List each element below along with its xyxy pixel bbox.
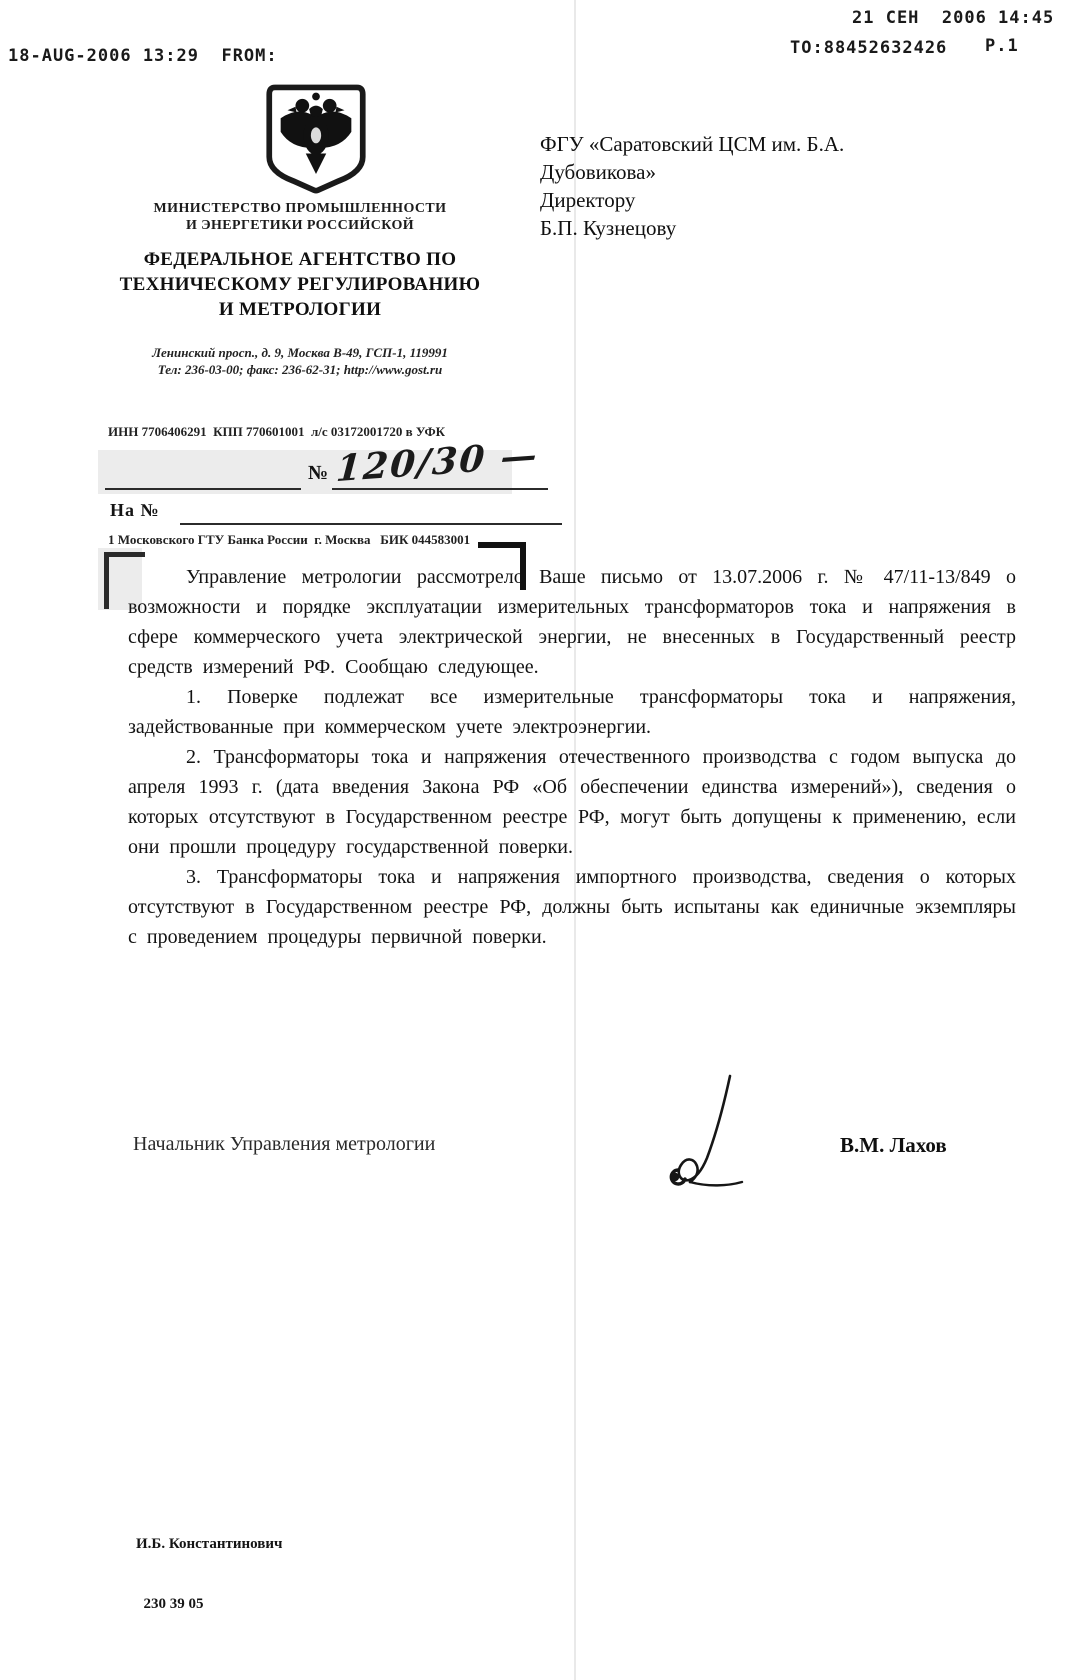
recipient-name: Б.П. Кузнецову	[540, 214, 844, 242]
fax-to-number: TO:88452632426	[790, 38, 947, 58]
reference-blank-line	[180, 523, 562, 525]
signer-title: Начальник Управления метрологии	[133, 1133, 435, 1156]
executor-name: И.Б. Константинович	[136, 1534, 282, 1554]
address-line-2: Тел: 236-03-00; факс: 236-62-31; http://…	[85, 361, 515, 378]
recipient-block: ФГУ «Саратовский ЦСМ им. Б.А. Дубовикова…	[540, 130, 844, 242]
reference-number-label: На №	[110, 500, 160, 521]
double-headed-eagle-icon	[258, 84, 374, 198]
body-paragraph-intro: Управление метрологии рассмотрело Ваше п…	[128, 562, 1016, 682]
executor-phone: 230 39 05	[136, 1594, 282, 1614]
agency-line-2: ТЕХНИЧЕСКОМУ РЕГУЛИРОВАНИЮ	[85, 272, 515, 297]
number-blank-line	[332, 488, 548, 490]
recipient-organization-line-1: ФГУ «Саратовский ЦСМ им. Б.А.	[540, 130, 844, 158]
date-blank-line	[105, 488, 301, 490]
ministry-line-2: И ЭНЕРГЕТИКИ РОССИЙСКОЙ	[85, 217, 515, 234]
fax-page-number: P.1	[985, 36, 1019, 56]
agency-line-3: И МЕТРОЛОГИИ	[85, 297, 515, 322]
handwritten-outgoing-number: 120/30 —	[336, 441, 539, 483]
agency-name: ФЕДЕРАЛЬНОЕ АГЕНТСТВО ПО ТЕХНИЧЕСКОМУ РЕ…	[85, 247, 515, 322]
coat-of-arms-emblem	[258, 84, 374, 198]
bank-line-3: 1 Московского ГТУ Банка России г. Москва…	[108, 531, 471, 549]
body-item-2: 2. Трансформаторы тока и напряжения отеч…	[128, 742, 1016, 862]
fax-received-timestamp: 21 СЕН 2006 14:45	[852, 8, 1054, 28]
ministry-line-1: МИНИСТЕРСТВО ПРОМЫШЛЕННОСТИ	[85, 200, 515, 217]
number-sign-label: №	[308, 462, 328, 485]
letter-body: Управление метрологии рассмотрело Ваше п…	[128, 562, 1016, 952]
recipient-position: Директору	[540, 186, 844, 214]
signature-stroke-icon	[630, 1072, 780, 1192]
address-line-1: Ленинский просп., д. 9, Москва В-49, ГСП…	[85, 344, 515, 361]
agency-line-1: ФЕДЕРАЛЬНОЕ АГЕНТСТВО ПО	[85, 247, 515, 272]
agency-address: Ленинский просп., д. 9, Москва В-49, ГСП…	[85, 344, 515, 378]
ministry-name: МИНИСТЕРСТВО ПРОМЫШЛЕННОСТИ И ЭНЕРГЕТИКИ…	[85, 200, 515, 234]
bank-line-1: ИНН 7706406291 КПП 770601001 л/с 0317200…	[108, 423, 471, 441]
signer-name: В.М. Лахов	[840, 1133, 947, 1158]
fax-document-page: 21 СЕН 2006 14:45 TO:88452632426 P.1 18-…	[0, 0, 1085, 1680]
executor-block: И.Б. Константинович 230 39 05	[136, 1494, 282, 1654]
body-item-3: 3. Трансформаторы тока и напряжения импо…	[128, 862, 1016, 952]
recipient-organization-line-2: Дубовикова»	[540, 158, 844, 186]
body-item-1: 1. Поверке подлежат все измерительные тр…	[128, 682, 1016, 742]
fax-sent-timestamp: 18-AUG-2006 13:29 FROM:	[8, 46, 278, 66]
handwritten-signature	[630, 1072, 780, 1192]
